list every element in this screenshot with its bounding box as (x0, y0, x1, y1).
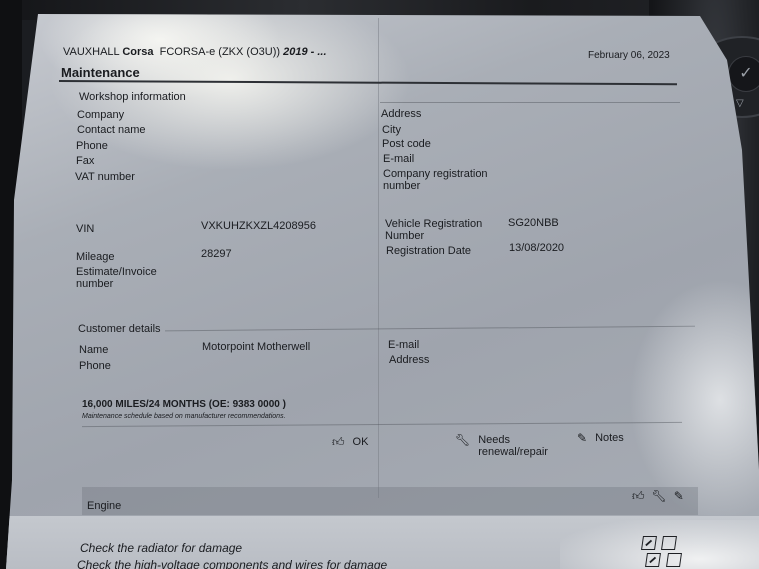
customer-section-title: Customer details (78, 323, 161, 335)
maintenance-document: VAUXHALL Corsa FCORSA-e (ZKX (O3U)) 2019… (0, 0, 759, 569)
engine-section-title: Engine (87, 500, 121, 512)
schedule-title: 16,000 MILES/24 MONTHS (OE: 9383 0000 ) (82, 399, 286, 410)
notes-icon: ✎ (577, 432, 587, 444)
workshop-vat-label: VAT number (75, 171, 135, 183)
workshop-postcode-label: Post code (382, 138, 431, 150)
schedule-note: Maintenance schedule based on manufactur… (82, 413, 286, 420)
vehicle-make: VAUXHALL (63, 46, 119, 58)
thumbs-up-icon: 👍︎ (632, 490, 645, 502)
engine-item-2-repair-checkbox[interactable] (666, 553, 682, 567)
engine-item-1-repair-checkbox[interactable] (661, 536, 677, 550)
registration-number-value: SG20NBB (508, 217, 559, 229)
vin-label: VIN (76, 223, 94, 235)
wrench-icon: 🔧︎ (455, 434, 470, 446)
legend-ok-label: OK (353, 436, 369, 448)
customer-name-label: Name (79, 344, 108, 356)
legend-repair-label: Needs renewal/repair (478, 434, 558, 458)
notes-icon: ✎ (674, 490, 684, 502)
registration-number-label: Vehicle Registration Number (385, 218, 495, 242)
legend-notes-label: Notes (595, 432, 624, 444)
engine-item-2-ok-checkbox[interactable] (645, 553, 661, 567)
down-arrow-icon: ▽ (736, 98, 744, 109)
engine-column-icons: 👍︎ 🔧︎ ✎ (632, 490, 684, 502)
schedule-divider (82, 422, 682, 427)
customer-address-label: Address (389, 354, 429, 366)
header-divider (59, 80, 677, 85)
customer-phone-label: Phone (79, 360, 111, 372)
thumbs-up-icon: 👍︎ (332, 436, 345, 448)
workshop-phone-label: Phone (76, 140, 108, 152)
registration-date-label: Registration Date (386, 245, 471, 257)
engine-check-item: Check the radiator for damage (80, 541, 242, 555)
vehicle-variant: FCORSA-e (ZKX (O3U)) (160, 46, 280, 58)
workshop-divider (380, 102, 680, 103)
engine-item-1-ok-checkbox[interactable] (641, 536, 657, 550)
engine-section-header (82, 487, 698, 515)
legend-ok: 👍︎ OK (332, 436, 368, 448)
legend-notes: ✎ Notes (577, 432, 624, 444)
vehicle-heading: VAUXHALL Corsa FCORSA-e (ZKX (O3U)) 2019… (63, 46, 327, 58)
customer-email-label: E-mail (388, 339, 419, 351)
invoice-number-label: Estimate/Invoice number (76, 266, 171, 290)
mileage-label: Mileage (76, 251, 115, 263)
checkmark-icon: ✓ (728, 56, 759, 92)
workshop-address-label: Address (381, 108, 421, 120)
vin-value: VXKUHZKXZL4208956 (201, 220, 316, 232)
workshop-city-label: City (382, 124, 401, 136)
page-title: Maintenance (61, 65, 140, 80)
wrench-icon: 🔧︎ (652, 490, 667, 502)
workshop-company-reg-label: Company registration number (383, 168, 493, 192)
customer-divider (165, 326, 695, 332)
workshop-email-label: E-mail (383, 153, 414, 165)
mileage-value: 28297 (201, 248, 232, 260)
document-date: February 06, 2023 (588, 50, 670, 61)
vehicle-year: 2019 - ... (283, 46, 326, 58)
workshop-fax-label: Fax (76, 155, 94, 167)
registration-date-value: 13/08/2020 (509, 242, 564, 254)
workshop-section-title: Workshop information (79, 91, 186, 103)
engine-check-item: Check the high-voltage components and wi… (77, 558, 387, 569)
legend-repair: 🔧︎ Needs renewal/repair (455, 434, 558, 458)
workshop-contact-label: Contact name (77, 124, 145, 136)
paper-fold (378, 18, 379, 498)
customer-name-value: Motorpoint Motherwell (202, 341, 310, 353)
workshop-company-label: Company (77, 109, 124, 121)
vehicle-model: Corsa (122, 46, 153, 58)
